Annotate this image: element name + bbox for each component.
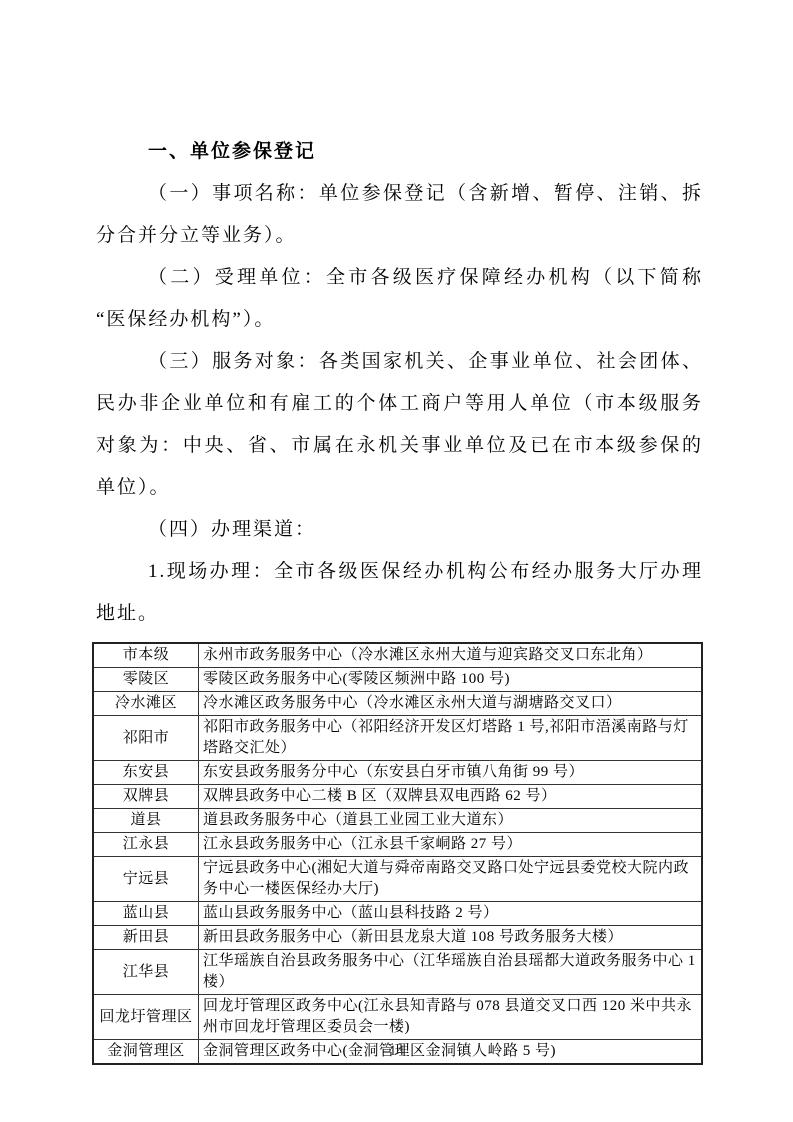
region-cell: 宁远县 <box>93 857 199 902</box>
address-cell: 冷水滩区政务服务中心（冷水滩区永州大道与湖塘路交叉口） <box>199 692 703 716</box>
table-row: 市本级永州市政务服务中心（冷水滩区永州大道与迎宾路交叉口东北角） <box>93 643 702 668</box>
region-cell: 新田县 <box>93 926 199 950</box>
paragraph: （四）办理渠道： <box>96 509 703 551</box>
service-hall-address-table: 市本级永州市政务服务中心（冷水滩区永州大道与迎宾路交叉口东北角）零陵区零陵区政务… <box>92 642 703 1065</box>
region-cell: 零陵区 <box>93 668 199 692</box>
region-cell: 双牌县 <box>93 785 199 809</box>
region-cell: 道县 <box>93 809 199 833</box>
region-cell: 市本级 <box>93 643 199 668</box>
page-number: 14 <box>0 1043 793 1060</box>
section-heading: 一、单位参保登记 <box>96 131 703 173</box>
address-cell: 蓝山县政务服务中心（蓝山县科技路 2 号） <box>199 902 703 926</box>
table-row: 宁远县宁远县政务中心(湘妃大道与舜帝南路交叉路口处宁远县委党校大院内政务中心一楼… <box>93 857 702 902</box>
document-page: 一、单位参保登记 （一）事项名称：单位参保登记（含新增、暂停、注销、拆分合并分立… <box>0 0 793 1122</box>
table-row: 江华县江华瑶族自治县政务服务中心（江华瑶族自治县瑶都大道政务服务中心 1 楼） <box>93 950 702 995</box>
paragraph: （一）事项名称：单位参保登记（含新增、暂停、注销、拆分合并分立等业务）。 <box>96 173 703 257</box>
address-cell: 东安县政务服务分中心（东安县白牙市镇八角街 99 号） <box>199 761 703 785</box>
region-cell: 江华县 <box>93 950 199 995</box>
address-cell: 双牌县政务中心二楼 B 区（双牌县双电西路 62 号） <box>199 785 703 809</box>
address-cell: 新田县政务服务中心（新田县龙泉大道 108 号政务服务大楼） <box>199 926 703 950</box>
address-cell: 道县政务服务中心（道县工业园工业大道东） <box>199 809 703 833</box>
address-cell: 回龙圩管理区政务中心(江永县知青路与 078 县道交叉口西 120 米中共永州市… <box>199 995 703 1040</box>
table-row: 零陵区零陵区政务服务中心(零陵区频洲中路 100 号) <box>93 668 702 692</box>
region-cell: 冷水滩区 <box>93 692 199 716</box>
region-cell: 江永县 <box>93 833 199 857</box>
region-cell: 蓝山县 <box>93 902 199 926</box>
region-cell: 东安县 <box>93 761 199 785</box>
address-cell: 江华瑶族自治县政务服务中心（江华瑶族自治县瑶都大道政务服务中心 1 楼） <box>199 950 703 995</box>
region-cell: 回龙圩管理区 <box>93 995 199 1040</box>
address-cell: 江永县政务服务中心（江永县千家峒路 27 号） <box>199 833 703 857</box>
table-row: 道县道县政务服务中心（道县工业园工业大道东） <box>93 809 702 833</box>
table-row: 江永县江永县政务服务中心（江永县千家峒路 27 号） <box>93 833 702 857</box>
table-row: 祁阳市祁阳市政务服务中心（祁阳经济开发区灯塔路 1 号,祁阳市浯溪南路与灯塔路交… <box>93 716 702 761</box>
service-hall-table-body: 市本级永州市政务服务中心（冷水滩区永州大道与迎宾路交叉口东北角）零陵区零陵区政务… <box>93 643 702 1064</box>
paragraph: （二）受理单位：全市各级医疗保障经办机构（以下简称“医保经办机构”）。 <box>96 257 703 341</box>
address-cell: 零陵区政务服务中心(零陵区频洲中路 100 号) <box>199 668 703 692</box>
address-cell: 永州市政务服务中心（冷水滩区永州大道与迎宾路交叉口东北角） <box>199 643 703 668</box>
table-row: 新田县新田县政务服务中心（新田县龙泉大道 108 号政务服务大楼） <box>93 926 702 950</box>
table-row: 东安县东安县政务服务分中心（东安县白牙市镇八角街 99 号） <box>93 761 702 785</box>
paragraph: （三）服务对象：各类国家机关、企事业单位、社会团体、民办非企业单位和有雇工的个体… <box>96 341 703 509</box>
paragraph: 1.现场办理：全市各级医保经办机构公布经办服务大厅办理地址。 <box>96 551 703 635</box>
address-cell: 祁阳市政务服务中心（祁阳经济开发区灯塔路 1 号,祁阳市浯溪南路与灯塔路交汇处） <box>199 716 703 761</box>
body-paragraphs: （一）事项名称：单位参保登记（含新增、暂停、注销、拆分合并分立等业务）。（二）受… <box>96 173 703 635</box>
address-cell: 宁远县政务中心(湘妃大道与舜帝南路交叉路口处宁远县委党校大院内政务中心一楼医保经… <box>199 857 703 902</box>
table-row: 双牌县双牌县政务中心二楼 B 区（双牌县双电西路 62 号） <box>93 785 702 809</box>
table-row: 蓝山县蓝山县政务服务中心（蓝山县科技路 2 号） <box>93 902 702 926</box>
region-cell: 祁阳市 <box>93 716 199 761</box>
table-row: 冷水滩区冷水滩区政务服务中心（冷水滩区永州大道与湖塘路交叉口） <box>93 692 702 716</box>
table-row: 回龙圩管理区回龙圩管理区政务中心(江永县知青路与 078 县道交叉口西 120 … <box>93 995 702 1040</box>
